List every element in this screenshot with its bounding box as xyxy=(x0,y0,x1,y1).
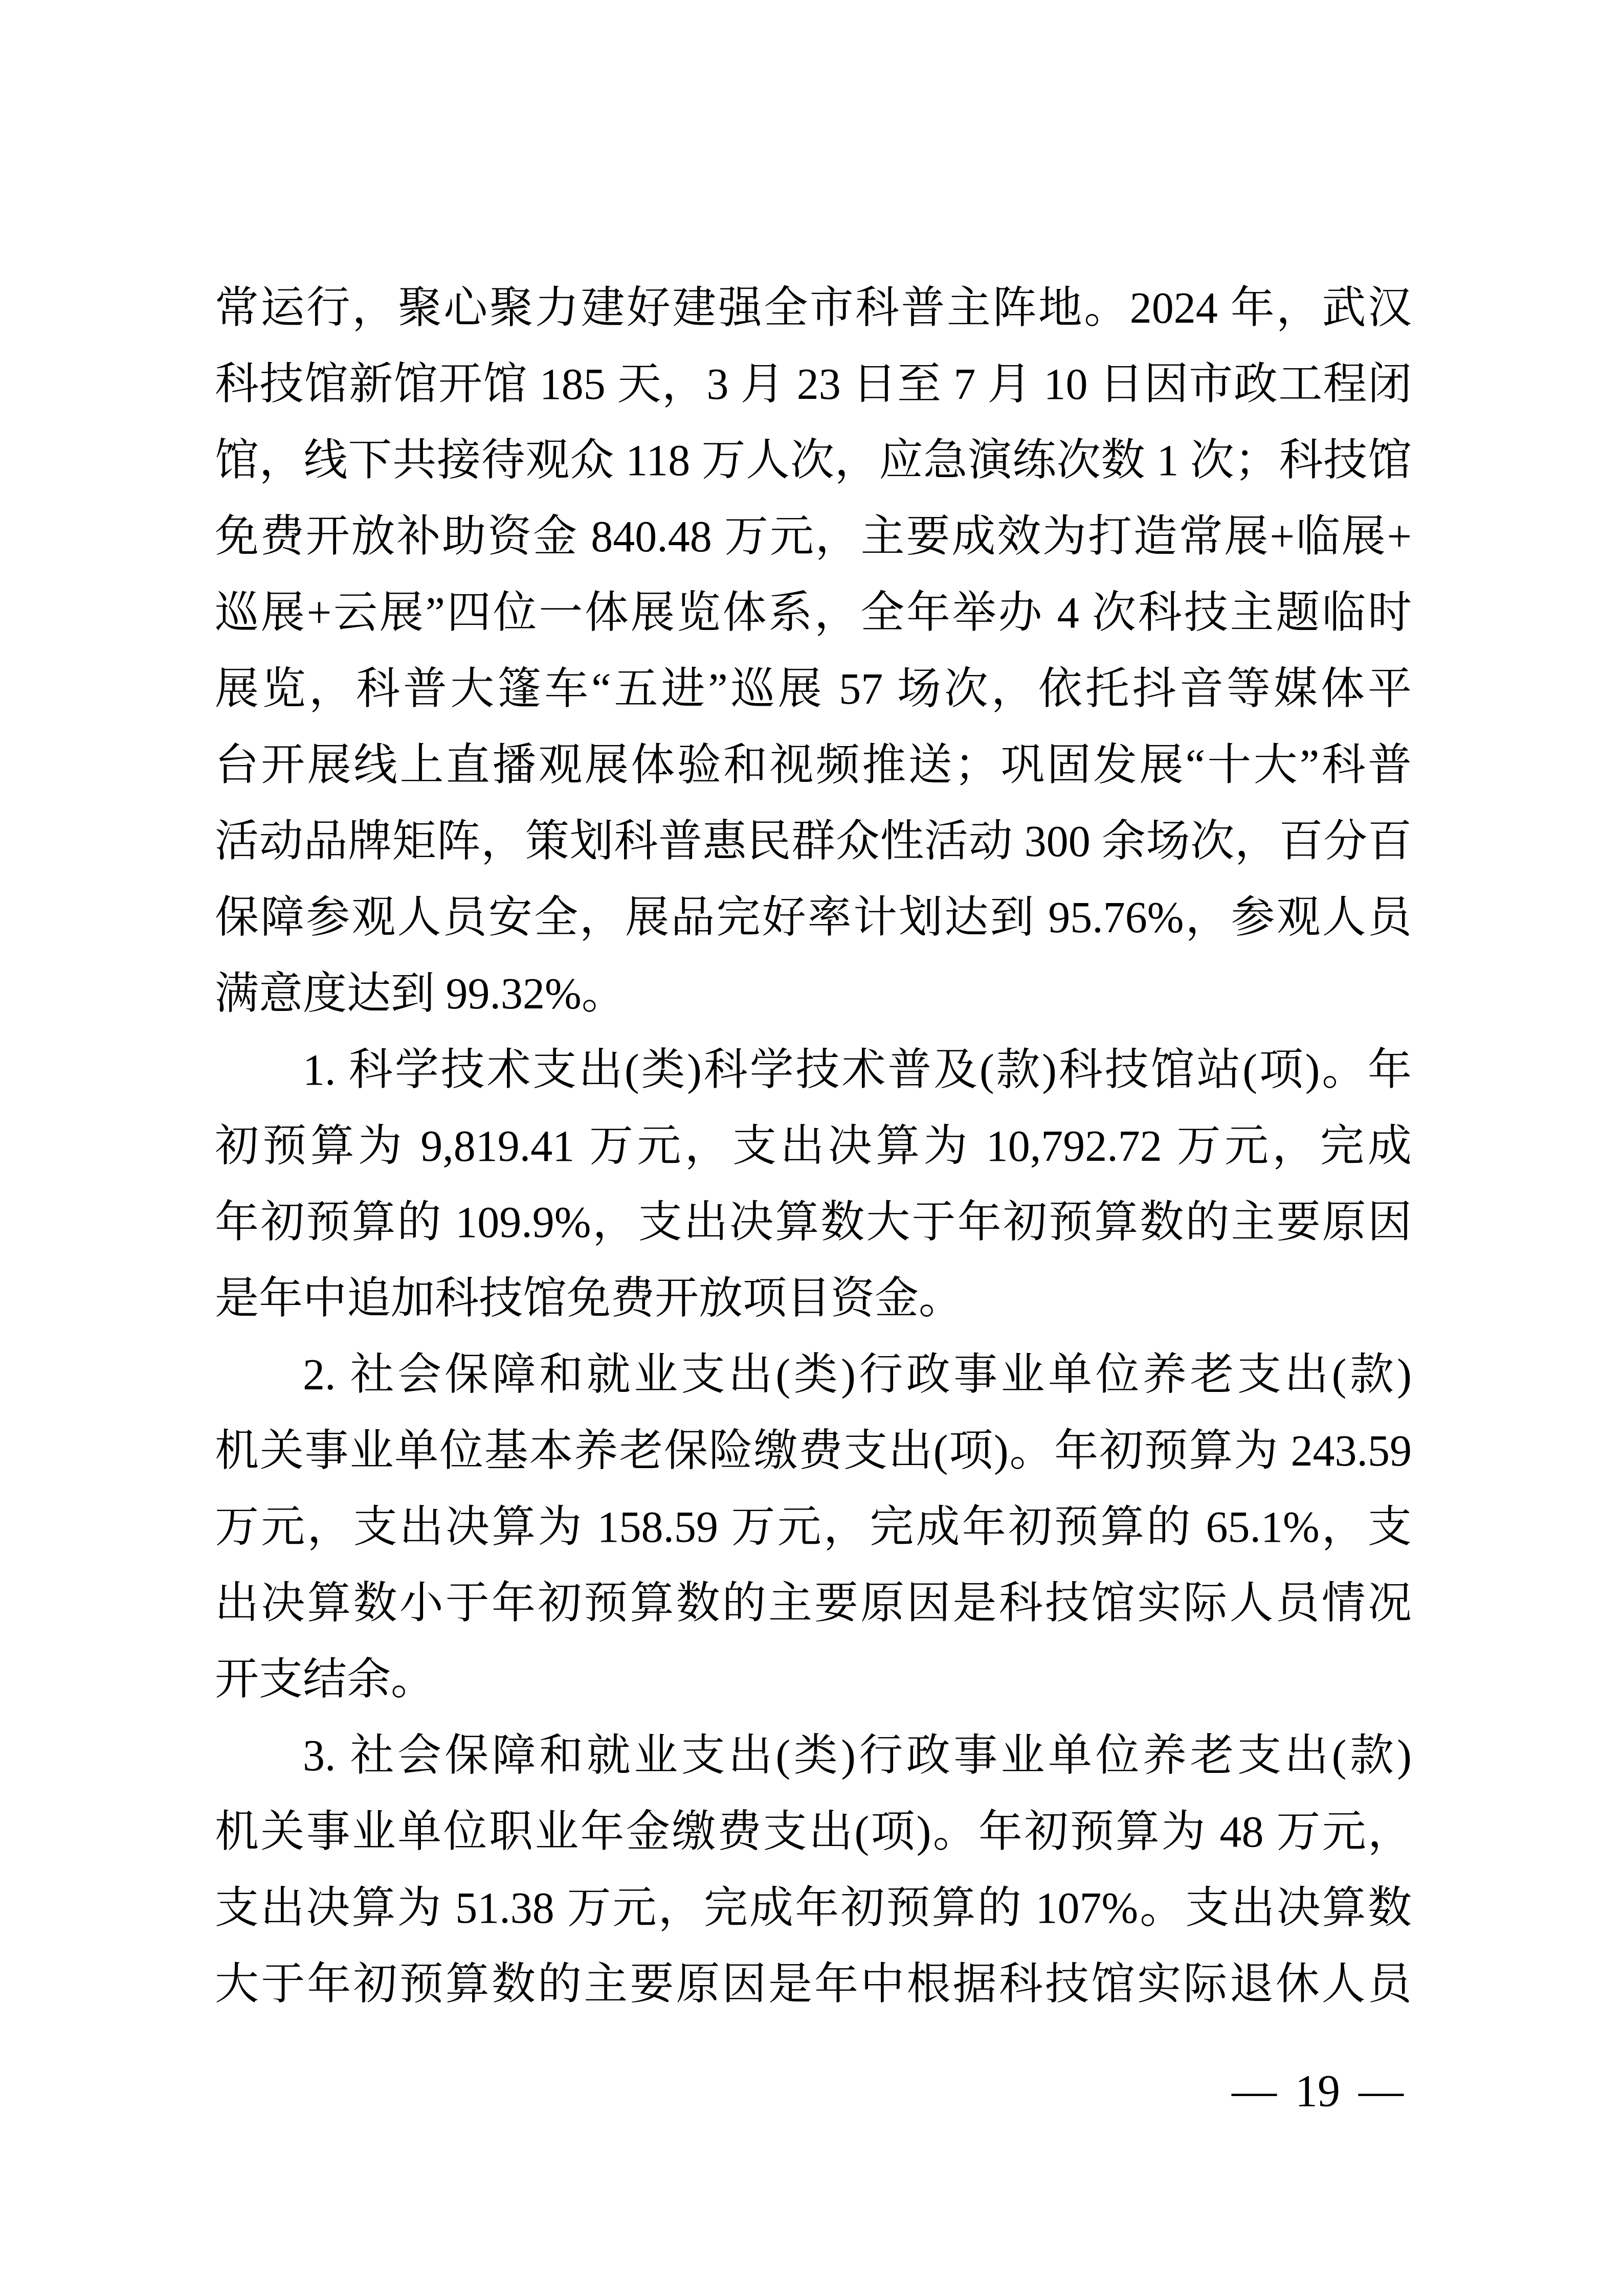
text-line-paragraph-end: 满意度达到 99.32%。 xyxy=(215,956,1412,1032)
text-line: 年初预算的 109.9%，支出决算数大于年初预算数的主要原因 xyxy=(215,1184,1412,1260)
text-line: 机关事业单位基本养老保险缴费支出(项)。年初预算为 243.59 xyxy=(215,1413,1412,1489)
text-line: 台开展线上直播观展体验和视频推送；巩固发展“十大”科普 xyxy=(215,727,1412,803)
text-line-item-1-start: 1. 科学技术支出(类)科学技术普及(款)科技馆站(项)。年 xyxy=(215,1032,1412,1108)
document-page: 常运行，聚心聚力建好建强全市科普主阵地。2024 年，武汉 科技馆新馆开馆 18… xyxy=(0,0,1624,2296)
text-line: 免费开放补助资金 840.48 万元，主要成效为打造常展+临展+ xyxy=(215,499,1412,575)
text-line: 支出决算为 51.38 万元，完成年初预算的 107%。支出决算数 xyxy=(215,1870,1412,1946)
text-line-item-2-start: 2. 社会保障和就业支出(类)行政事业单位养老支出(款) xyxy=(215,1337,1412,1413)
text-line: 巡展+云展”四位一体展览体系，全年举办 4 次科技主题临时 xyxy=(215,575,1412,651)
page-number: — 19 — xyxy=(1232,2061,1404,2122)
text-line: 机关事业单位职业年金缴费支出(项)。年初预算为 48 万元， xyxy=(215,1794,1412,1870)
text-line-paragraph-end: 是年中追加科技馆免费开放项目资金。 xyxy=(215,1260,1412,1337)
text-line: 大于年初预算数的主要原因是年中根据科技馆实际退休人员 xyxy=(215,1946,1412,2022)
text-line: 科技馆新馆开馆 185 天，3 月 23 日至 7 月 10 日因市政工程闭 xyxy=(215,346,1412,422)
text-line: 保障参观人员安全，展品完好率计划达到 95.76%，参观人员 xyxy=(215,880,1412,956)
text-line: 万元，支出决算为 158.59 万元，完成年初预算的 65.1%，支 xyxy=(215,1489,1412,1565)
text-line: 出决算数小于年初预算数的主要原因是科技馆实际人员情况 xyxy=(215,1565,1412,1641)
body-text-block: 常运行，聚心聚力建好建强全市科普主阵地。2024 年，武汉 科技馆新馆开馆 18… xyxy=(215,270,1412,2022)
text-line: 展览，科普大篷车“五进”巡展 57 场次，依托抖音等媒体平 xyxy=(215,651,1412,727)
text-line-item-3-start: 3. 社会保障和就业支出(类)行政事业单位养老支出(款) xyxy=(215,1718,1412,1794)
text-line: 活动品牌矩阵，策划科普惠民群众性活动 300 余场次，百分百 xyxy=(215,803,1412,880)
text-line: 初预算为 9,819.41 万元，支出决算为 10,792.72 万元，完成 xyxy=(215,1108,1412,1184)
text-line-paragraph-end: 开支结余。 xyxy=(215,1641,1412,1718)
text-line: 馆，线下共接待观众 118 万人次，应急演练次数 1 次；科技馆 xyxy=(215,422,1412,499)
text-line: 常运行，聚心聚力建好建强全市科普主阵地。2024 年，武汉 xyxy=(215,270,1412,346)
